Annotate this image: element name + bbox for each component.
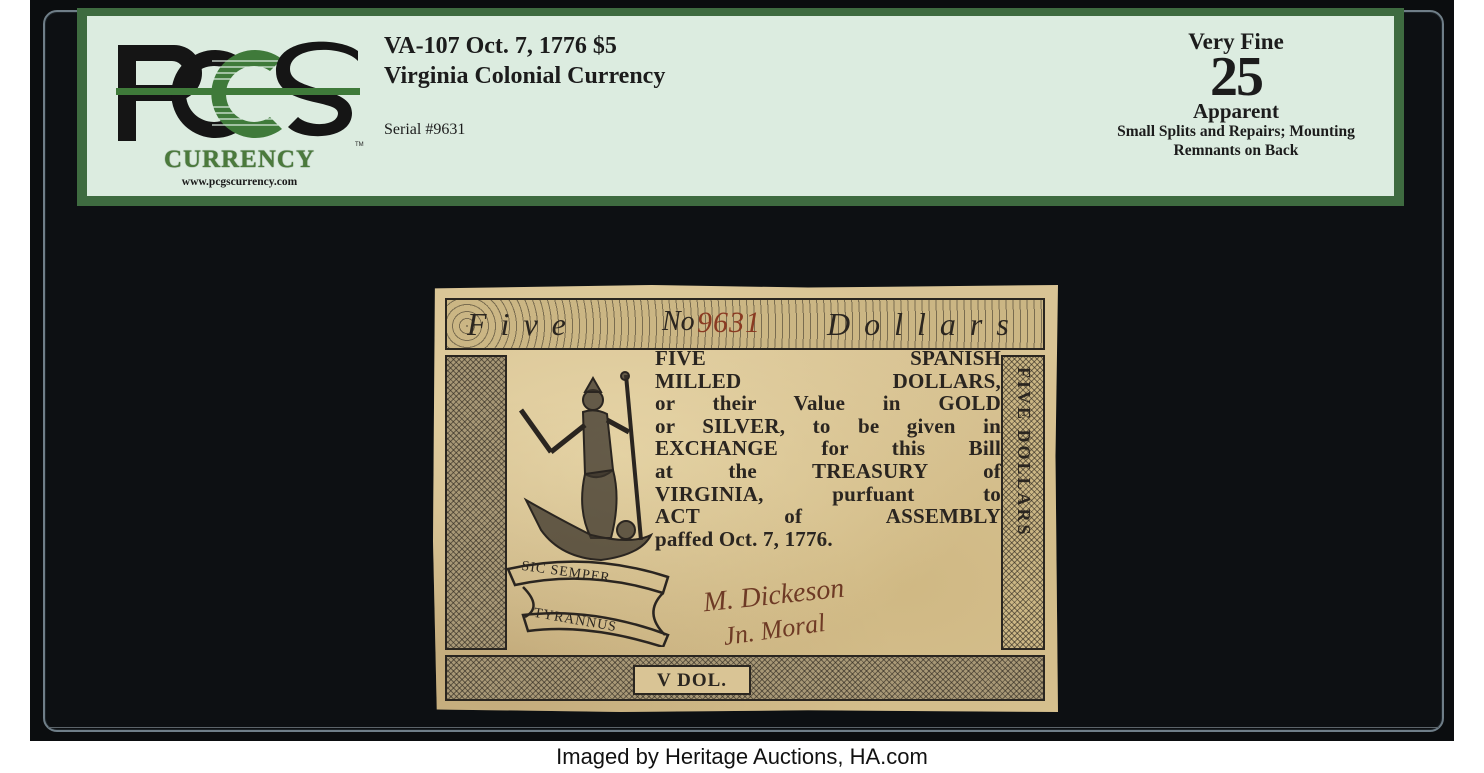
signature-1: M. Dickeson (702, 573, 846, 620)
logo-url: www.pcgscurrency.com (117, 176, 362, 188)
left-border (445, 355, 507, 650)
body-line: VIRGINIA, purfuant to (655, 483, 1001, 506)
pcgs-currency-logo: TM CURRENCY www.pcgscurrency.com (107, 26, 367, 196)
label-panel: TM CURRENCY www.pcgscurrency.com VA-107 … (87, 16, 1394, 196)
body-line: EXCHANGE for this Bill (655, 437, 1001, 460)
grade-block: Very Fine 25 Apparent Small Splits and R… (1086, 30, 1386, 160)
pcgs-logo-icon (112, 41, 362, 146)
grade-qualifier: Apparent (1086, 100, 1386, 122)
right-border-text: FIVE DOLLARS (1013, 367, 1034, 538)
virtue-figure-icon (501, 370, 661, 570)
body-line: paffed Oct. 7, 1776. (655, 528, 1001, 551)
banknote: Five No 9631 Dollars (433, 285, 1058, 712)
body-line: ACT of ASSEMBLY (655, 505, 1001, 528)
body-line: or SILVER, to be given in (655, 415, 1001, 438)
body-line: at the TREASURY of (655, 460, 1001, 483)
catalog-number: VA-107 Oct. 7, 1776 $5 (384, 31, 665, 61)
grade-note-line-1: Small Splits and Repairs; Mounting (1086, 122, 1386, 141)
serial-number: Serial #9631 (384, 121, 665, 139)
note-description: VA-107 Oct. 7, 1776 $5 Virginia Colonial… (384, 31, 665, 139)
top-border-right-text: Dollars (827, 306, 1023, 343)
body-line: or their Value in GOLD (655, 392, 1001, 415)
body-line: MILLED DOLLARS, (655, 370, 1001, 393)
top-border: Five No 9631 Dollars (445, 298, 1045, 350)
right-border: FIVE DOLLARS (1001, 355, 1045, 650)
grade-note-line-2: Remnants on Back (1086, 141, 1386, 160)
top-border-left-text: Five (467, 306, 580, 343)
handwritten-serial: 9631 (697, 306, 761, 340)
body-line: FIVE SPANISH (655, 347, 1001, 370)
note-type: Virginia Colonial Currency (384, 61, 665, 91)
note-body-text: FIVE SPANISH MILLED DOLLARS, or their Va… (655, 347, 1001, 550)
grade-number: 25 (1086, 54, 1386, 100)
serial-prefix: No (662, 306, 695, 338)
bottom-denomination: V DOL. (633, 665, 751, 695)
pcgs-label: TM CURRENCY www.pcgscurrency.com VA-107 … (77, 8, 1404, 206)
image-credit-caption: Imaged by Heritage Auctions, HA.com (0, 744, 1484, 770)
logo-wordmark: CURRENCY (117, 146, 362, 174)
